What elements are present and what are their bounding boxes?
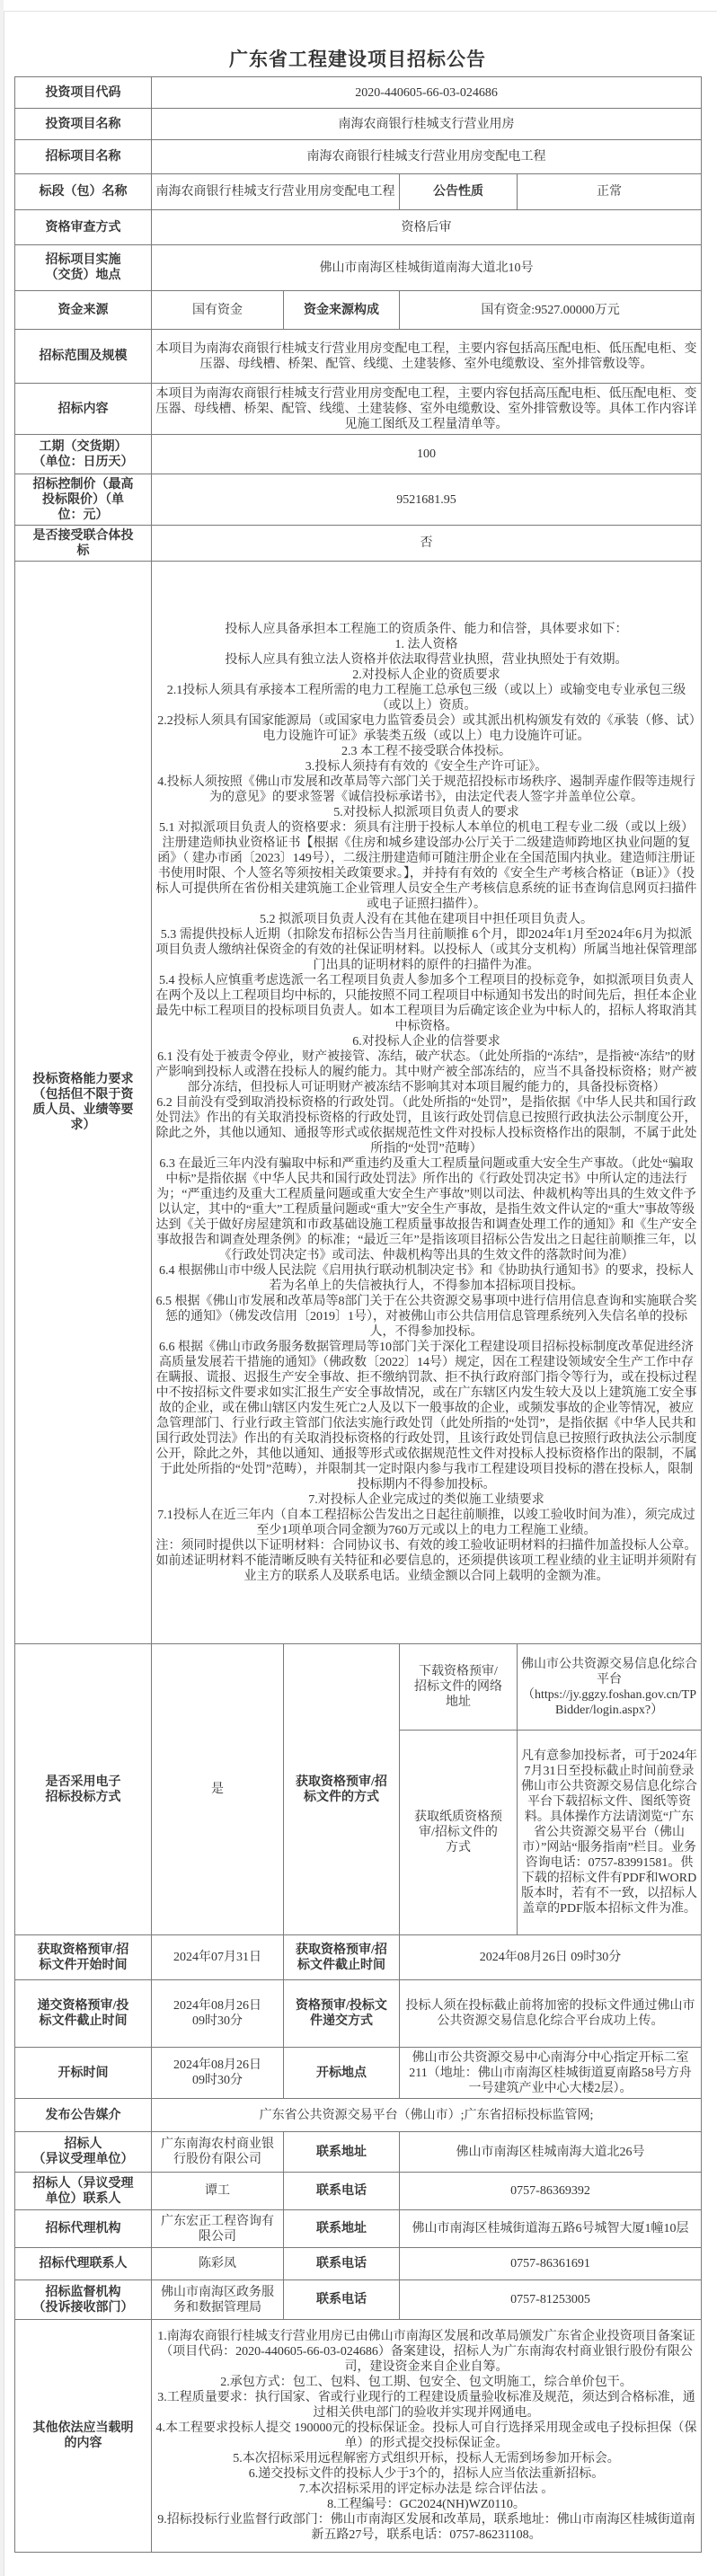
table-row: 招标人 （异议受理单位） 广东南海农村商业银行股份有限公司 联系地址 佛山市南海… [15, 2132, 702, 2173]
table-row: 招标人（异议受理 单位）联系人 谭工 联系电话 0757-86369392 [15, 2173, 702, 2210]
table-row: 招标范围及规模 本项目为南海农商银行桂城支行营业用房变配电工程，主要内容包括高压… [15, 330, 702, 384]
ebid-method-label: 获取资格预审/招 标文件的方式 [284, 1644, 400, 1935]
table-row: 招标控制价（最高 投标限价）（单 位：元） 9521681.95 [15, 474, 702, 526]
announcement-table: 投资项目代码 2020-440605-66-03-024686 投资项目名称 南… [14, 76, 702, 2553]
tenderer-address-value: 佛山市南海区桂城南海大道北26号 [400, 2132, 702, 2173]
opening-place-value: 佛山市公共资源交易中心南海分中心指定开标二室211（地址：佛山市南海区桂城街道夏… [400, 2048, 702, 2099]
supervisor-phone-label: 联系电话 [284, 2280, 400, 2320]
table-row: 资金来源 国有资金 资金来源构成 国有资金:9527.00000万元 [15, 291, 702, 330]
scope-value: 本项目为南海农商银行桂城支行营业用房变配电工程，主要内容包括高压配电柜、低压配电… [152, 330, 702, 384]
agency-value: 广东宏正工程咨询有限公司 [152, 2210, 284, 2248]
invest-code-value: 2020-440605-66-03-024686 [152, 77, 702, 109]
qualification-label: 投标资格能力要求 （包括但不限于资 质人员、业绩等要 求） [15, 562, 152, 1644]
doc-start-label: 获取资格预审/招 标文件开始时间 [15, 1935, 152, 1980]
submit-method-value: 投标人须在投标截止前将加密的投标文件通过佛山市公共资源交易信息化综合平台成功上传… [400, 1980, 702, 2048]
table-row: 招标项目实施 （交货）地点 佛山市南海区桂城街道南海大道北10号 [15, 245, 702, 291]
tenderer-phone-label: 联系电话 [284, 2173, 400, 2210]
agency-contact-value: 陈彩凤 [152, 2248, 284, 2280]
tenderer-contact-label: 招标人（异议受理 单位）联系人 [15, 2173, 152, 2210]
tenderer-phone-value: 0757-86369392 [400, 2173, 702, 2210]
opening-place-label: 开标地点 [284, 2048, 400, 2099]
supervisor-label: 招标监督机构 （投诉接收部门） [15, 2280, 152, 2320]
tender-name-value: 南海农商银行桂城支行营业用房变配电工程 [152, 140, 702, 174]
consortium-value: 否 [152, 526, 702, 562]
submit-method-label: 资格预审/投标文 件递交方式 [284, 1980, 400, 2048]
other-content-label: 其他依法应当载明 的内容 [15, 2320, 152, 2553]
tenderer-contact-value: 谭工 [152, 2173, 284, 2210]
table-row: 发布公告媒介 广东省公共资源交易平台（佛山市）;广东省招标投标监管网; [15, 2099, 702, 2132]
media-value: 广东省公共资源交易平台（佛山市）;广东省招标投标监管网; [152, 2099, 702, 2132]
notice-nature-value: 正常 [518, 174, 702, 210]
submit-deadline-label: 递交资格预审/投 标文件截止时间 [15, 1980, 152, 2048]
funding-composition-label: 资金来源构成 [284, 291, 400, 330]
table-row: 其他依法应当载明 的内容 1.南海农商银行桂城支行营业用房已由佛山市南海区发展和… [15, 2320, 702, 2553]
table-row: 获取资格预审/招 标文件开始时间 2024年07月31日 获取资格预审/招 标文… [15, 1935, 702, 1980]
invest-code-label: 投资项目代码 [15, 77, 152, 109]
agency-phone-label: 联系电话 [284, 2248, 400, 2280]
invest-name-value: 南海农商银行桂城支行营业用房 [152, 109, 702, 140]
opening-time-label: 开标时间 [15, 2048, 152, 2099]
table-row: 是否采用电子 招标投标方式 是 获取资格预审/招 标文件的方式 下载资格预审/ … [15, 1644, 702, 1731]
supervisor-phone-value: 0757-81253005 [400, 2280, 702, 2320]
ebid-value: 是 [152, 1644, 284, 1935]
table-row: 招标项目名称 南海农商银行桂城支行营业用房变配电工程 [15, 140, 702, 174]
table-row: 递交资格预审/投 标文件截止时间 2024年08月26日 09时30分 资格预审… [15, 1980, 702, 2048]
supervisor-value: 佛山市南海区政务服务和数据管理局 [152, 2280, 284, 2320]
ebid-download-label: 下载资格预审/ 招标文件的网络 地址 [400, 1644, 518, 1731]
content-label: 招标内容 [15, 384, 152, 435]
duration-label: 工期（交货期） （单位：日历天） [15, 435, 152, 474]
agency-label: 招标代理机构 [15, 2210, 152, 2248]
ebid-paper-label: 获取纸质资格预 审/招标文件的 方式 [400, 1731, 518, 1935]
duration-value: 100 [152, 435, 702, 474]
ebid-download-url: 佛山市公共资源交易信息化综合平台 （https://jy.ggzy.foshan… [518, 1644, 702, 1731]
media-label: 发布公告媒介 [15, 2099, 152, 2132]
tenderer-address-label: 联系地址 [284, 2132, 400, 2173]
opening-time-value: 2024年08月26日 09时30分 [152, 2048, 284, 2099]
table-row: 标段（包）名称 南海农商银行桂城支行营业用房变配电工程 公告性质 正常 [15, 174, 702, 210]
page-title: 广东省工程建设项目招标公告 [14, 45, 701, 72]
consortium-label: 是否接受联合体投 标 [15, 526, 152, 562]
table-row: 是否接受联合体投 标 否 [15, 526, 702, 562]
location-value: 佛山市南海区桂城街道南海大道北10号 [152, 245, 702, 291]
qualification-value: 投标人应具备承担本工程施工的资质条件、能力和信誉，具体要求如下： 1. 法人资格… [152, 562, 702, 1644]
table-row: 工期（交货期） （单位：日历天） 100 [15, 435, 702, 474]
table-row: 招标代理机构 广东宏正工程咨询有限公司 联系地址 佛山市南海区桂城街道海五路6号… [15, 2210, 702, 2248]
funding-label: 资金来源 [15, 291, 152, 330]
location-label: 招标项目实施 （交货）地点 [15, 245, 152, 291]
tender-name-label: 招标项目名称 [15, 140, 152, 174]
table-row: 投资项目代码 2020-440605-66-03-024686 [15, 77, 702, 109]
tenderer-value: 广东南海农村商业银行股份有限公司 [152, 2132, 284, 2173]
ebid-paper-value: 凡有意参加投标者，可于2024年7月31日至投标截止时间前登录佛山市公共资源交易… [518, 1731, 702, 1935]
funding-value: 国有资金 [152, 291, 284, 330]
table-row: 招标内容 本项目为南海农商银行桂城支行营业用房变配电工程，主要内容包括高压配电柜… [15, 384, 702, 435]
qual-method-value: 资格后审 [152, 210, 702, 245]
agency-address-label: 联系地址 [284, 2210, 400, 2248]
table-row: 资格审查方式 资格后审 [15, 210, 702, 245]
price-ceiling-value: 9521681.95 [152, 474, 702, 526]
table-row: 招标代理联系人 陈彩凤 联系电话 0757-86361691 [15, 2248, 702, 2280]
ebid-label: 是否采用电子 招标投标方式 [15, 1644, 152, 1935]
funding-composition-value: 国有资金:9527.00000万元 [400, 291, 702, 330]
table-row: 招标监督机构 （投诉接收部门） 佛山市南海区政务服务和数据管理局 联系电话 07… [15, 2280, 702, 2320]
table-row: 投资项目名称 南海农商银行桂城支行营业用房 [15, 109, 702, 140]
doc-deadline-label: 获取资格预审/招 标文件截止时间 [284, 1935, 400, 1980]
doc-deadline-value: 2024年08月26日 09时30分 [400, 1935, 702, 1980]
scope-label: 招标范围及规模 [15, 330, 152, 384]
price-ceiling-label: 招标控制价（最高 投标限价）（单 位：元） [15, 474, 152, 526]
section-label: 标段（包）名称 [15, 174, 152, 210]
tenderer-label: 招标人 （异议受理单位） [15, 2132, 152, 2173]
agency-phone-value: 0757-86361691 [400, 2248, 702, 2280]
other-content-value: 1.南海农商银行桂城支行营业用房已由佛山市南海区发展和改革局颁发广东省企业投资项… [152, 2320, 702, 2553]
section-value: 南海农商银行桂城支行营业用房变配电工程 [152, 174, 400, 210]
agency-address-value: 佛山市南海区桂城街道海五路6号城智大厦1幢10层 [400, 2210, 702, 2248]
content-value: 本项目为南海农商银行桂城支行营业用房变配电工程，主要内容包括高压配电柜、低压配电… [152, 384, 702, 435]
qual-method-label: 资格审查方式 [15, 210, 152, 245]
agency-contact-label: 招标代理联系人 [15, 2248, 152, 2280]
notice-nature-label: 公告性质 [400, 174, 518, 210]
invest-name-label: 投资项目名称 [15, 109, 152, 140]
doc-start-value: 2024年07月31日 [152, 1935, 284, 1980]
table-row: 开标时间 2024年08月26日 09时30分 开标地点 佛山市公共资源交易中心… [15, 2048, 702, 2099]
submit-deadline-value: 2024年08月26日 09时30分 [152, 1980, 284, 2048]
table-row: 投标资格能力要求 （包括但不限于资 质人员、业绩等要 求） 投标人应具备承担本工… [15, 562, 702, 1644]
